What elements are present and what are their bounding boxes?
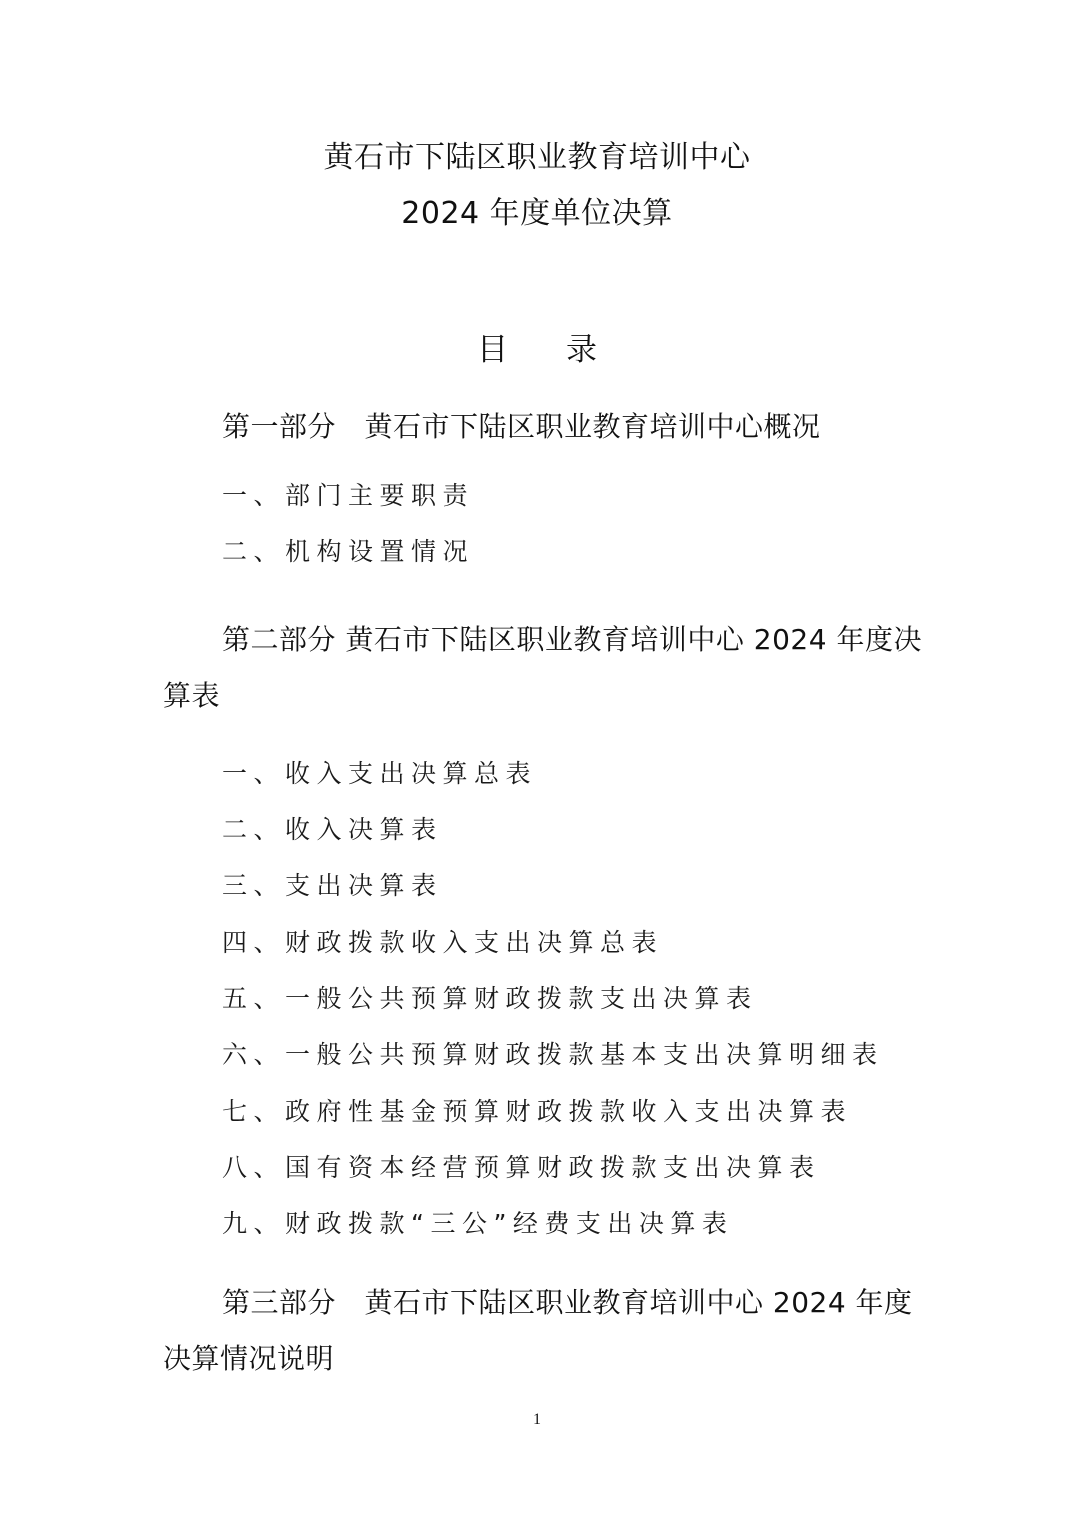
page-number: 1 — [0, 1410, 1074, 1430]
part2-heading-line2[interactable]: 算表 — [163, 678, 220, 714]
toc-item[interactable]: 二、机构设置情况 — [222, 536, 474, 568]
toc-item[interactable]: 五、一般公共预算财政拨款支出决算表 — [222, 983, 758, 1015]
part1-heading[interactable]: 第一部分 黄石市下陆区职业教育培训中心概况 — [222, 409, 821, 445]
toc-item[interactable]: 八、国有资本经营预算财政拨款支出决算表 — [222, 1152, 821, 1184]
document-title-line2: 2024 年度单位决算 — [0, 194, 1074, 234]
toc-item[interactable]: 一、部门主要职责 — [222, 480, 474, 512]
document-page: 黄石市下陆区职业教育培训中心 2024 年度单位决算 目录 第一部分 黄石市下陆… — [0, 0, 1074, 1520]
toc-item[interactable]: 四、财政拨款收入支出决算总表 — [222, 927, 663, 959]
part3-heading-line2[interactable]: 决算情况说明 — [163, 1341, 334, 1377]
toc-item[interactable]: 一、收入支出决算总表 — [222, 758, 537, 790]
toc-item[interactable]: 七、政府性基金预算财政拨款收入支出决算表 — [222, 1096, 852, 1128]
toc-item[interactable]: 二、收入决算表 — [222, 814, 443, 846]
part2-heading-line1[interactable]: 第二部分 黄石市下陆区职业教育培训中心 2024 年度决 — [222, 622, 922, 658]
toc-item[interactable]: 九、财政拨款“三公”经费支出决算表 — [222, 1208, 733, 1240]
toc-heading: 目录 — [0, 330, 1074, 370]
document-title-line1: 黄石市下陆区职业教育培训中心 — [0, 138, 1074, 178]
toc-item[interactable]: 三、支出决算表 — [222, 870, 443, 902]
toc-heading-right: 录 — [566, 332, 597, 368]
toc-heading-left: 目 — [477, 332, 508, 368]
toc-item[interactable]: 六、一般公共预算财政拨款基本支出决算明细表 — [222, 1039, 884, 1071]
part3-heading-line1[interactable]: 第三部分 黄石市下陆区职业教育培训中心 2024 年度 — [222, 1285, 913, 1321]
